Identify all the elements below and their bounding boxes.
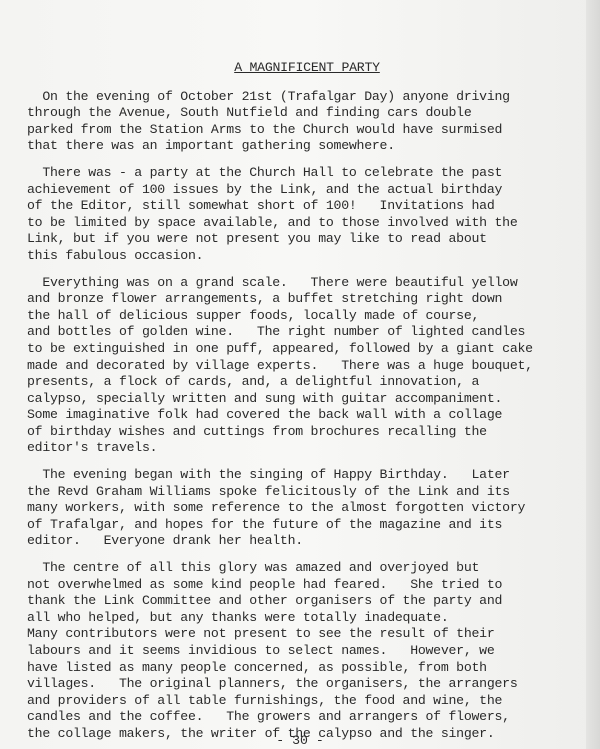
text-line: On the evening of October 21st (Trafalga… bbox=[27, 89, 567, 106]
text-line: the hall of delicious supper foods, loca… bbox=[27, 308, 567, 325]
paragraph: On the evening of October 21st (Trafalga… bbox=[27, 89, 567, 155]
article-title: A MAGNIFICENT PARTY bbox=[27, 60, 567, 77]
text-line: editor. Everyone drank her health. bbox=[27, 533, 567, 550]
text-line: presents, a flock of cards, and, a delig… bbox=[27, 374, 567, 391]
paragraph: The centre of all this glory was amazed … bbox=[27, 560, 567, 743]
paragraph: There was - a party at the Church Hall t… bbox=[27, 165, 567, 265]
text-line: There was - a party at the Church Hall t… bbox=[27, 165, 567, 182]
text-line: thank the Link Committee and other organ… bbox=[27, 593, 567, 610]
text-line: calypso, specially written and sung with… bbox=[27, 391, 567, 408]
paragraph: The evening began with the singing of Ha… bbox=[27, 467, 567, 550]
text-line: to be extinguished in one puff, appeared… bbox=[27, 341, 567, 358]
text-line: parked from the Station Arms to the Chur… bbox=[27, 122, 567, 139]
text-line: villages. The original planners, the org… bbox=[27, 676, 567, 693]
text-line: and bronze flower arrangements, a buffet… bbox=[27, 291, 567, 308]
text-line: the Revd Graham Williams spoke felicitou… bbox=[27, 484, 567, 501]
text-line: achievement of 100 issues by the Link, a… bbox=[27, 182, 567, 199]
article: A MAGNIFICENT PARTY On the evening of Oc… bbox=[27, 60, 567, 749]
text-line: not overwhelmed as some kind people had … bbox=[27, 577, 567, 594]
article-body: On the evening of October 21st (Trafalga… bbox=[27, 89, 567, 743]
page-edge-shadow bbox=[586, 0, 600, 749]
text-line: many workers, with some reference to the… bbox=[27, 500, 567, 517]
text-line: have listed as many people concerned, as… bbox=[27, 660, 567, 677]
text-line: of birthday wishes and cuttings from bro… bbox=[27, 424, 567, 441]
text-line: of the Editor, still somewhat short of 1… bbox=[27, 198, 567, 215]
text-line: all who helped, but any thanks were tota… bbox=[27, 610, 567, 627]
text-line: through the Avenue, South Nutfield and f… bbox=[27, 105, 567, 122]
text-line: candles and the coffee. The growers and … bbox=[27, 709, 567, 726]
text-line: Link, but if you were not present you ma… bbox=[27, 231, 567, 248]
document-page: A MAGNIFICENT PARTY On the evening of Oc… bbox=[0, 0, 600, 749]
text-line: The evening began with the singing of Ha… bbox=[27, 467, 567, 484]
text-line: to be limited by space available, and to… bbox=[27, 215, 567, 232]
paragraph: Everything was on a grand scale. There w… bbox=[27, 275, 567, 458]
text-line: Many contributors were not present to se… bbox=[27, 626, 567, 643]
text-line: made and decorated by village experts. T… bbox=[27, 358, 567, 375]
text-line: labours and it seems invidious to select… bbox=[27, 643, 567, 660]
text-line: this fabulous occasion. bbox=[27, 248, 567, 265]
text-line: and bottles of golden wine. The right nu… bbox=[27, 324, 567, 341]
text-line: of Trafalgar, and hopes for the future o… bbox=[27, 517, 567, 534]
text-line: and providers of all table furnishings, … bbox=[27, 693, 567, 710]
page-number: - 30 - bbox=[0, 733, 600, 748]
text-line: The centre of all this glory was amazed … bbox=[27, 560, 567, 577]
text-line: Everything was on a grand scale. There w… bbox=[27, 275, 567, 292]
text-line: Some imaginative folk had covered the ba… bbox=[27, 407, 567, 424]
text-line: that there was an important gathering so… bbox=[27, 138, 567, 155]
text-line: editor's travels. bbox=[27, 440, 567, 457]
